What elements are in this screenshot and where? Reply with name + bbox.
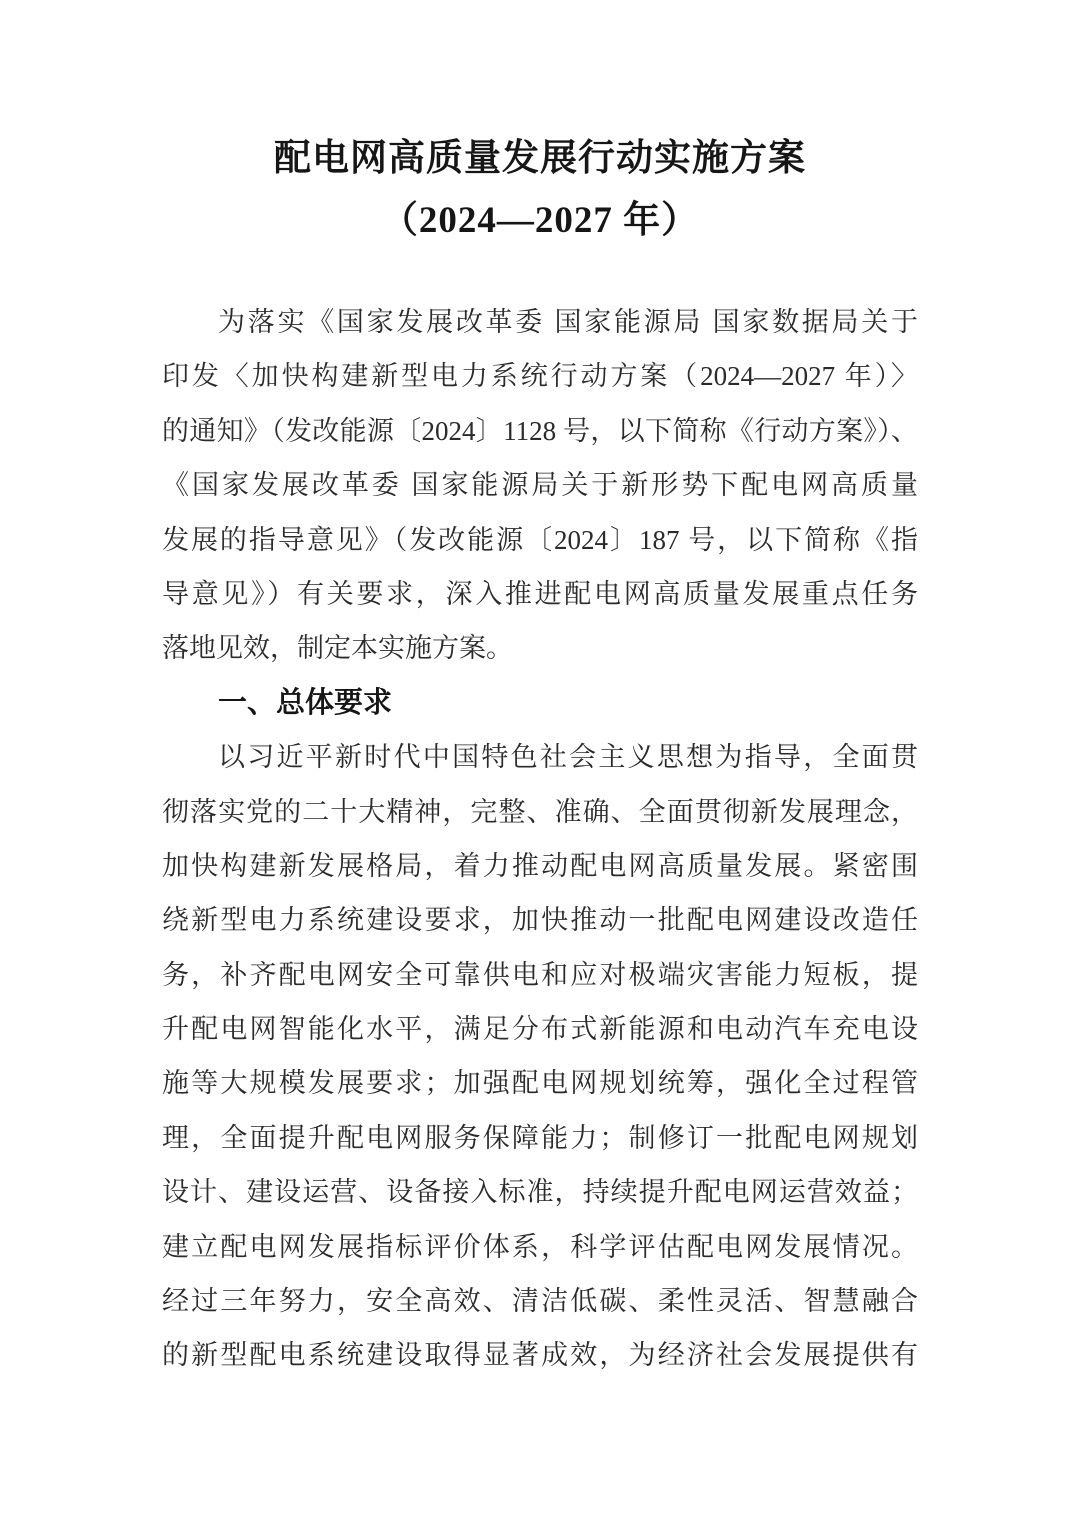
section-heading-overall-requirements: 一、总体要求 bbox=[162, 676, 918, 730]
intro-line: 发展的指导意见》（发改能源〔2024〕187 号，以下简称《指 bbox=[162, 513, 918, 567]
body-line: 设计、建设运营、设备接入标准，持续提升配电网运营效益； bbox=[162, 1165, 918, 1219]
body-line: 施等大规模发展要求；加强配电网规划统筹，强化全过程管 bbox=[162, 1056, 918, 1110]
intro-line: 为落实《国家发展改革委 国家能源局 国家数据局关于 bbox=[162, 295, 918, 349]
intro-line: 的通知》（发改能源〔2024〕1128 号，以下简称《行动方案》）、 bbox=[162, 404, 918, 458]
body-line: 务，补齐配电网安全可靠供电和应对极端灾害能力短板，提 bbox=[162, 948, 918, 1002]
document-content: 配电网高质量发展行动实施方案 （2024—2027 年） 为落实《国家发展改革委… bbox=[162, 0, 918, 1383]
intro-line: 印发〈加快构建新型电力系统行动方案（2024—2027 年）〉 bbox=[162, 349, 918, 403]
intro-paragraph: 为落实《国家发展改革委 国家能源局 国家数据局关于 印发〈加快构建新型电力系统行… bbox=[162, 295, 918, 676]
body-line: 绕新型电力系统建设要求，加快推动一批配电网建设改造任 bbox=[162, 893, 918, 947]
body-line: 建立配电网发展指标评价体系，科学评估配电网发展情况。 bbox=[162, 1220, 918, 1274]
body-line: 经过三年努力，安全高效、清洁低碳、柔性灵活、智慧融合 bbox=[162, 1274, 918, 1328]
section1-paragraph: 以习近平新时代中国特色社会主义思想为指导，全面贯 彻落实党的二十大精神，完整、准… bbox=[162, 730, 918, 1383]
body-line: 升配电网智能化水平，满足分布式新能源和电动汽车充电设 bbox=[162, 1002, 918, 1056]
body-line: 理，全面提升配电网服务保障能力；制修订一批配电网规划 bbox=[162, 1111, 918, 1165]
body-line: 的新型配电系统建设取得显著成效，为经济社会发展提供有 bbox=[162, 1328, 918, 1382]
document-title: 配电网高质量发展行动实施方案 （2024—2027 年） bbox=[162, 128, 918, 252]
document-title-line2: （2024—2027 年） bbox=[162, 190, 918, 252]
body-line: 彻落实党的二十大精神，完整、准确、全面贯彻新发展理念， bbox=[162, 785, 918, 839]
body-line: 加快构建新发展格局，着力推动配电网高质量发展。紧密围 bbox=[162, 839, 918, 893]
intro-line: 落地见效，制定本实施方案。 bbox=[162, 621, 918, 675]
intro-line: 《国家发展改革委 国家能源局关于新形势下配电网高质量 bbox=[162, 458, 918, 512]
body-line: 以习近平新时代中国特色社会主义思想为指导，全面贯 bbox=[162, 730, 918, 784]
intro-line: 导意见》）有关要求，深入推进配电网高质量发展重点任务 bbox=[162, 567, 918, 621]
document-page: 配电网高质量发展行动实施方案 （2024—2027 年） 为落实《国家发展改革委… bbox=[0, 0, 1080, 1527]
document-title-line1: 配电网高质量发展行动实施方案 bbox=[162, 128, 918, 190]
